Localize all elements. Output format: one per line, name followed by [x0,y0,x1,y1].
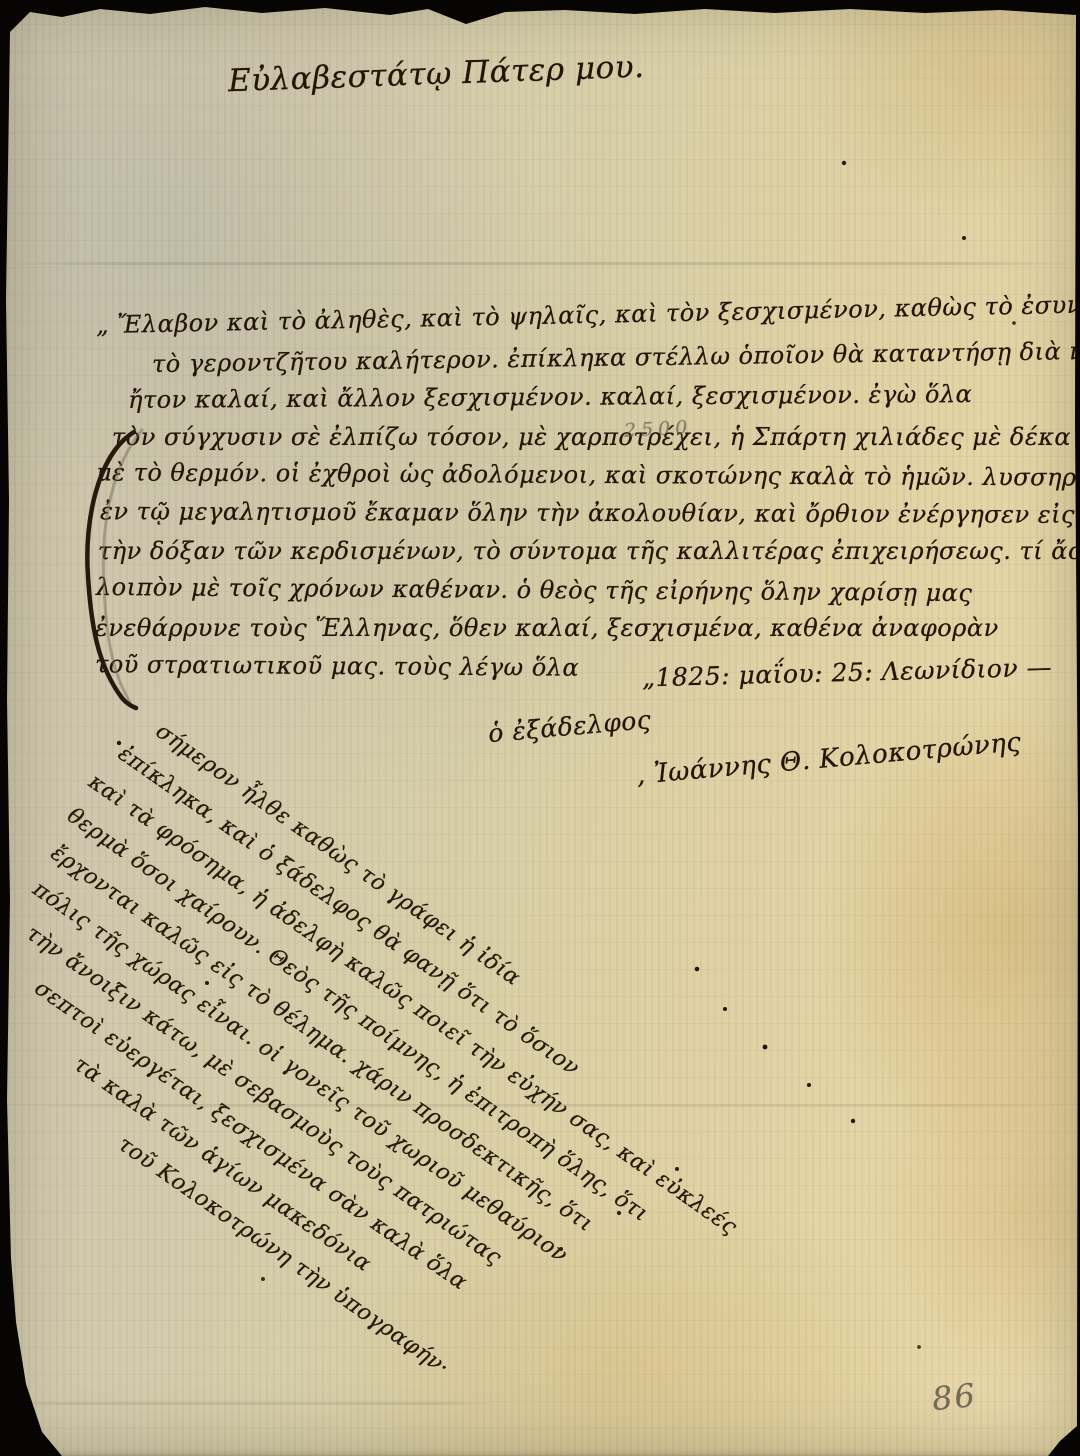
body-line: τὸ γεροντζῆτου καλήτερον. ἐπίκληκα στέλλ… [152,336,1080,378]
scanned-manuscript: Εὐλαβεστάτῳ Πάτερ μου. „ Ἔλαβον καὶ τὸ ἀ… [0,0,1080,1456]
body-line: ἐν τῷ μεγαλητισμοῦ ἔκαμαν ὅλην τὴν ἀκολο… [100,497,1075,528]
body-line: λοιπὸν μὲ τοῖς χρόνων καθέναν. ὁ θεὸς τῆ… [96,573,973,607]
letter-heading: Εὐλαβεστάτῳ Πάτερ μου. [227,49,644,100]
fold-crease [0,1402,497,1405]
date-line: „1825: μαΐου: 25: Λεωνίδιον — [642,653,1053,693]
body-line: τὴν δόξαν τῶν κερδισμένων, τὸ σύντομα τῆ… [98,537,1080,565]
body-line: μὲ τὸ θερμόν. οἱ ἐχθροὶ ὡς ἀδολόμενοι, κ… [96,458,1080,491]
manuscript-page: Εὐλαβεστάτῳ Πάτερ μου. „ Ἔλαβον καὶ τὸ ἀ… [0,0,1080,1456]
body-line: ἐνεθάρρυνε τοὺς Ἕλληνας, ὅθεν καλαί, ξεσ… [95,614,999,642]
margin-brace-mark [76,424,166,714]
pencil-annotation: 2500 [623,416,692,442]
folio-number: 86 [930,1376,978,1418]
body-line: „ Ἔλαβον καὶ τὸ ἀληθὲς, καὶ τὸ ψηλαῖς, κ… [96,289,1080,339]
body-line: τὸν σύγχυσιν σὲ ἐλπίζω τόσον, μὲ χαρποτρ… [112,423,1071,451]
closing-line: ὁ ἐξάδελφος [487,705,652,748]
postscript-block: σήμερον ἦλθε καθὼς τὸ γράφει ἡ ἰδία ἐπίκ… [0,698,771,1456]
body-line: ἤτον καλαί, καὶ ἄλλον ξεσχισμένον. καλαί… [128,380,973,414]
body-line: τοῦ στρατιωτικοῦ μας. τοὺς λέγω ὅλα [95,650,579,681]
fold-crease [0,262,1080,265]
signature-line: , Ἰωάννης Θ. Κολοκοτρώνης [635,727,1022,791]
ink-specks [0,0,2,2]
